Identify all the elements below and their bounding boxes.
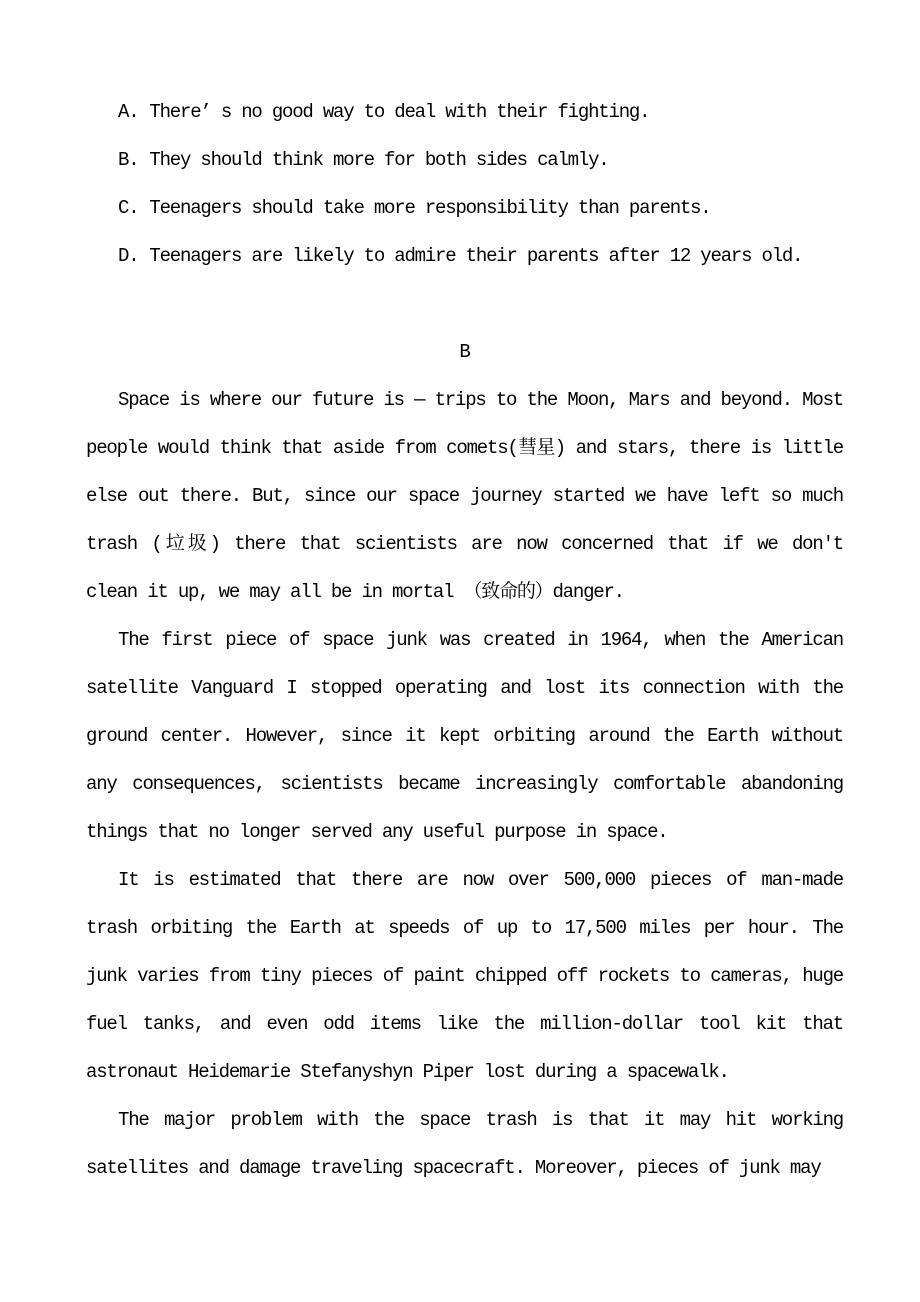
passage-paragraph-4: The major problem with the space trash i…: [86, 1096, 843, 1192]
option-a-label: A.: [118, 101, 138, 123]
option-c-text: Teenagers should take more responsibilit…: [149, 197, 710, 219]
option-a: A.There’ s no good way to deal with thei…: [86, 88, 843, 136]
answer-options: A.There’ s no good way to deal with thei…: [86, 88, 843, 280]
passage-paragraph-2: The first piece of space junk was create…: [86, 616, 843, 856]
option-c: C.Teenagers should take more responsibil…: [86, 184, 843, 232]
option-a-text: There’ s no good way to deal with their …: [149, 101, 649, 123]
passage-section-heading: B: [86, 328, 843, 376]
option-d: D.Teenagers are likely to admire their p…: [86, 232, 843, 280]
option-c-label: C.: [118, 197, 138, 219]
option-d-label: D.: [118, 245, 138, 267]
document-page: A.There’ s no good way to deal with thei…: [0, 0, 920, 1302]
passage-paragraph-1: Space is where our future is — trips to …: [86, 376, 843, 616]
passage-body: Space is where our future is — trips to …: [86, 376, 843, 1192]
option-b-label: B.: [118, 149, 138, 171]
option-b: B.They should think more for both sides …: [86, 136, 843, 184]
option-d-text: Teenagers are likely to admire their par…: [149, 245, 802, 267]
passage-paragraph-3: It is estimated that there are now over …: [86, 856, 843, 1096]
option-b-text: They should think more for both sides ca…: [149, 149, 608, 171]
